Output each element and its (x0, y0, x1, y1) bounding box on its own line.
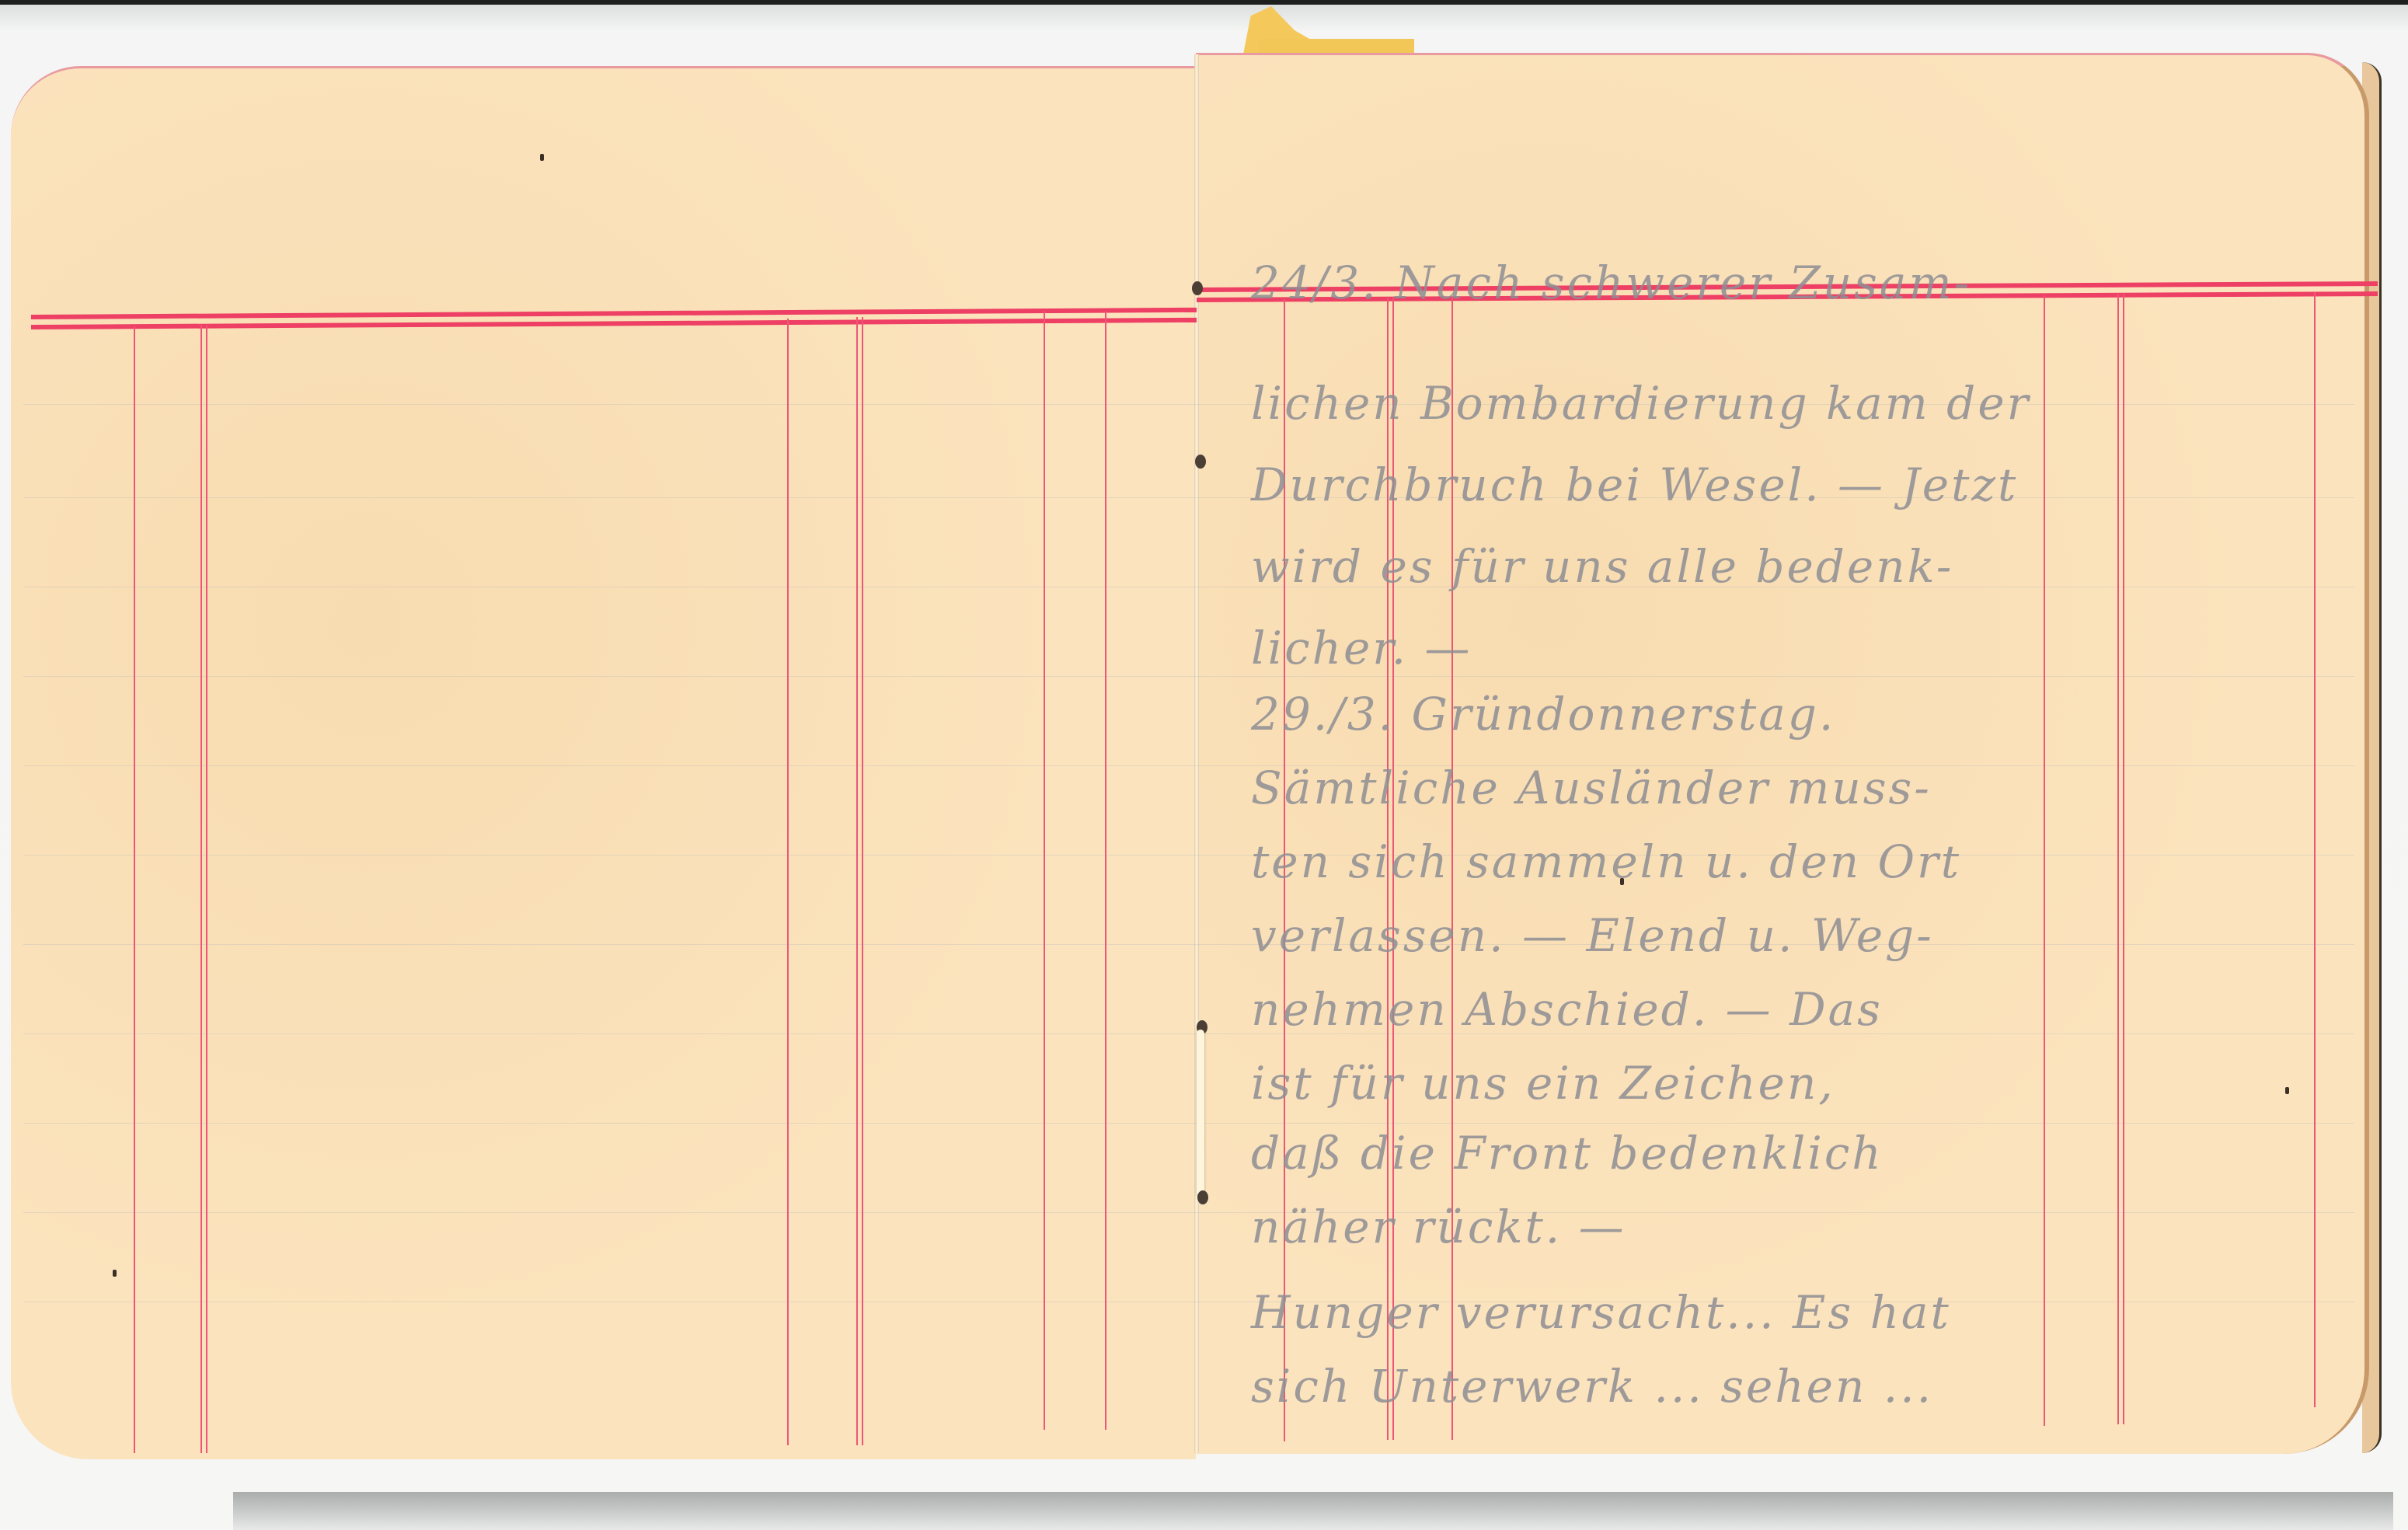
book-gutter (1194, 54, 1199, 1453)
entry-line: näher rückt. — (1251, 1201, 1626, 1253)
entry-line: sich Unterwerk ... sehen ... (1251, 1360, 1933, 1413)
entry-line: ist für uns ein Zeichen, (1251, 1057, 1835, 1110)
left-page (11, 66, 1196, 1459)
entry-line: ten sich sammeln u. den Ort (1251, 835, 1961, 888)
entry-line: Hunger verursacht... Es hat (1251, 1286, 1951, 1339)
entry-line: verlassen. — Elend u. Weg- (1251, 909, 1934, 962)
entry-line: daß die Front bedenklich (1251, 1127, 1884, 1180)
binding-thread (1197, 1030, 1204, 1197)
staple-hole (1197, 1190, 1208, 1204)
staple-hole (1195, 455, 1206, 469)
entry-line: nehmen Abschied. — Das (1251, 983, 1883, 1036)
staple-hole (1192, 281, 1203, 295)
entry-line: lichen Bombardierung kam der (1251, 377, 2030, 430)
entry-line: Sämtliche Ausländer muss- (1251, 762, 1932, 814)
entry-line: 24/3. Nach schwerer Zusam- (1251, 256, 1971, 309)
entry-line: licher. — (1251, 622, 1472, 674)
entry-line: Durchbruch bei Wesel. — Jetzt (1251, 458, 2018, 511)
entry-line: wird es für uns alle bedenk- (1251, 540, 1953, 593)
scan-shadow (233, 1492, 2393, 1530)
scanner-top-edge (0, 0, 2408, 5)
entry-line: 29./3. Gründonnerstag. (1251, 688, 1835, 741)
